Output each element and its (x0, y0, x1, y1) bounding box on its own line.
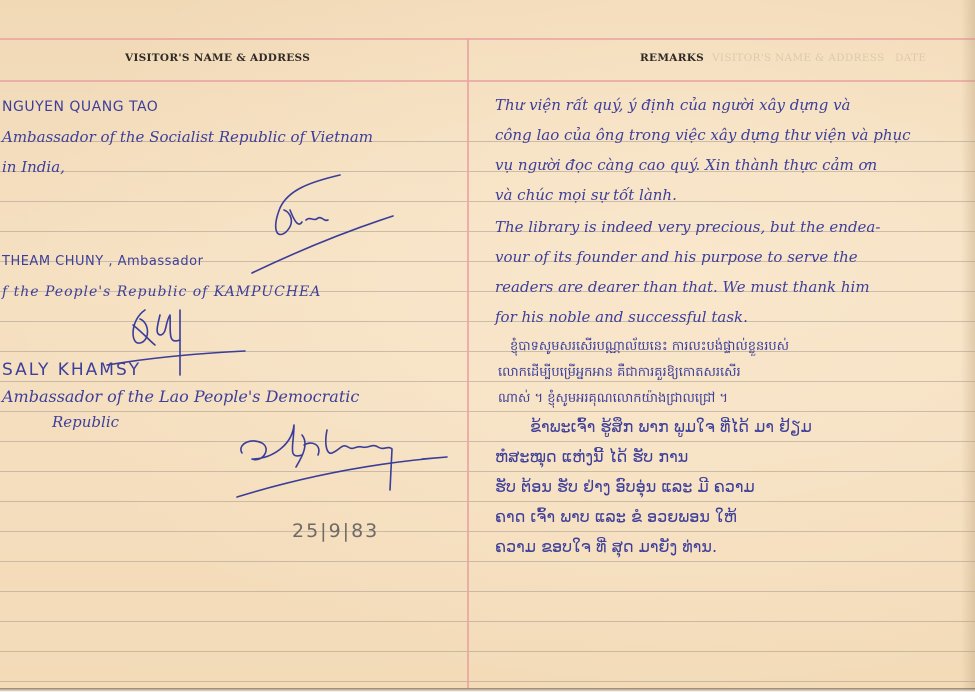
remark-line: ຄາດ ເຈົ້າ ພາບ ແລະ ຂໍ ອວຍພອນ ໃຫ້ (495, 502, 737, 532)
signature-saly-khamsy (232, 415, 452, 505)
column-header-remarks: REMARKS (640, 52, 704, 64)
remark-line: công lao của ông trong việc xây dựng thư… (495, 120, 911, 150)
remark-line: ຮັບ ຕ້ອນ ຮັບ ຢ່າງ ອົບອຸ່ນ ແລະ ມີ ຄວາມ (495, 472, 755, 502)
visitor-name: THEAM CHUNY , Ambassador (2, 247, 203, 277)
column-header-visitor: VISITOR'S NAME & ADDRESS (125, 52, 310, 64)
visitor-title-cont: in India, (2, 152, 65, 182)
visitor-name: SALY KHAMSY (2, 355, 141, 385)
remark-line: Thư viện rất quý, ý định của người xây d… (495, 90, 851, 120)
remark-line: vụ người đọc càng cao quý. Xin thành thự… (495, 150, 877, 180)
remark-line: và chúc mọi sự tốt lành. (495, 180, 677, 210)
header-bottom-rule (0, 80, 975, 82)
visit-date: 25|9|83 (292, 520, 379, 542)
header-top-rule (0, 38, 975, 40)
remark-line: ຫໍສະໝຸດ ແຫ່ງນີ້ ໄດ້ ຮັບ ການ (495, 442, 688, 472)
bleed-through-date: DATE (895, 52, 926, 64)
remark-line: ណាស់ ។ ខ្ញុំសូមអរគុណលោកយ៉ាងជ្រាលជ្រៅ ។ (498, 384, 728, 414)
remark-line: vour of its founder and his purpose to s… (495, 242, 858, 272)
page-bottom-edge (0, 688, 975, 692)
bleed-through-header: VISITOR'S NAME & ADDRESS (712, 52, 885, 64)
visitor-name: NGUYEN QUANG TAO (2, 92, 158, 122)
remark-line: The library is indeed very precious, but… (495, 212, 880, 242)
guest-book-page: VISITOR'S NAME & ADDRESS REMARKS VISITOR… (0, 0, 975, 692)
remark-line: ຂ້າພະເຈົ້າ ຮູ້ສຶກ ພາກ ພູມໃຈ ທີ່ໄດ້ ມາ ຢ້… (530, 412, 812, 442)
visitor-title: f the People's Republic of KAMPUCHEA (2, 277, 321, 307)
visitor-title: Ambassador of the Socialist Republic of … (2, 122, 373, 152)
column-divider (467, 38, 469, 688)
remark-line: readers are dearer than that. We must th… (495, 272, 870, 302)
signature-nguyen-quang-tao (250, 170, 400, 280)
visitor-title-cont: Republic (52, 407, 119, 437)
remark-line: for his noble and successful task. (495, 302, 748, 332)
remark-line: ຄວາມ ຂອບໃຈ ທີ່ ສຸດ ມາຍັງ ທ່ານ. (495, 532, 717, 562)
page-edge-shade (961, 0, 975, 692)
